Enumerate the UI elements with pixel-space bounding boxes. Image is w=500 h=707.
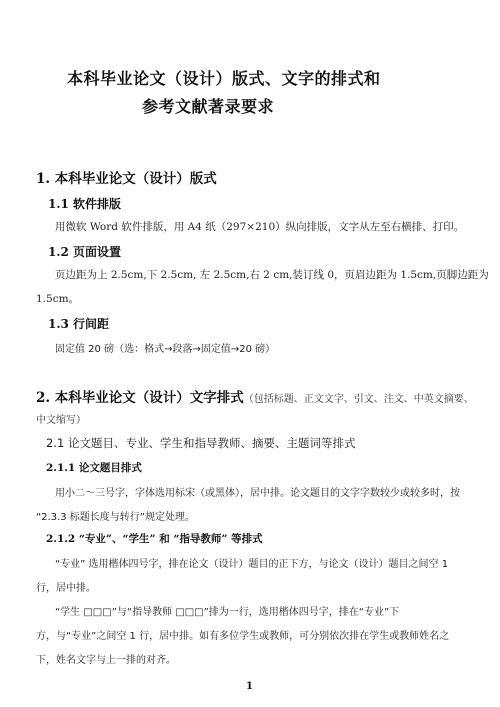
section2-1-2-para2-line1: “学生 □□□”与“指导教师 □□□”排为一行，选用楷体四号字，排在“专业”下 (55, 603, 399, 618)
section1-2-heading: 1.2 页面设置 (48, 243, 121, 260)
section2-1-heading: 2.1 论文题目、专业、学生和指导教师、摘要、主题词等排式 (46, 435, 355, 451)
section2-heading-note: （包括标题、正文文字、引文、注文、中英文摘要、 (244, 394, 474, 405)
section1-2-text-line1: 页边距为上 2.5cm,下 2.5cm, 左 2.5cm,右 2 cm,装订线 … (55, 267, 489, 282)
section2-1-2-para2-line2: 方，与“专业”之间空 1 行，居中排。如有多位学生或教师，可分别依次排在学生或教… (36, 627, 449, 642)
document-title-line2: 参考文献著录要求 (142, 94, 274, 117)
section1-heading: 1. 本科毕业论文（设计）版式 (36, 167, 217, 187)
section2-1-2-heading: 2.1.2 “专业”、“学生” 和 “指导教师” 等排式 (46, 531, 263, 546)
section2-heading: 2. 本科毕业论文（设计）文字排式（包括标题、正文文字、引文、注文、中英文摘要、 (36, 386, 474, 406)
section2-1-1-heading: 2.1.1 论文题目排式 (46, 460, 142, 475)
section2-heading-main: 2. 本科毕业论文（设计）文字排式 (36, 390, 244, 406)
section1-3-text: 固定值 20 磅（选：格式→段落→固定值→20 磅） (55, 340, 275, 355)
page-number: 1 (246, 681, 253, 692)
section2-1-1-text-line1: 用小二～三号字，字体选用标宋（或黑体），居中排。论文题目的文字字数较少或较多时，… (55, 484, 460, 499)
section1-1-heading: 1.1 软件排版 (48, 195, 121, 212)
section2-1-2-para1-line2: 行，居中排。 (36, 579, 96, 594)
section2-1-2-para2-line3: 下，姓名文字与上一排的对齐。 (36, 651, 176, 666)
section2-heading-note-line2: 中文缩写） (36, 411, 86, 426)
section1-3-heading: 1.3 行间距 (48, 315, 109, 332)
document-title-line1: 本科毕业论文（设计）版式、文字的排式和 (67, 66, 381, 89)
section2-1-1-text-line2: “2.3.3 标题长度与转行”规定处理。 (36, 508, 195, 523)
section1-2-text-line2: 1.5cm。 (36, 291, 79, 306)
document-page: 本科毕业论文（设计）版式、文字的排式和 参考文献著录要求 1. 本科毕业论文（设… (0, 0, 500, 707)
section1-1-text: 用微软 Word 软件排版，用 A4 纸（297×210）纵向排版，文字从左至右… (55, 219, 464, 234)
section2-1-2-para1-line1: “专业” 选用楷体四号字，排在论文（设计）题目的正下方，与论文（设计）题目之间空… (55, 555, 448, 570)
